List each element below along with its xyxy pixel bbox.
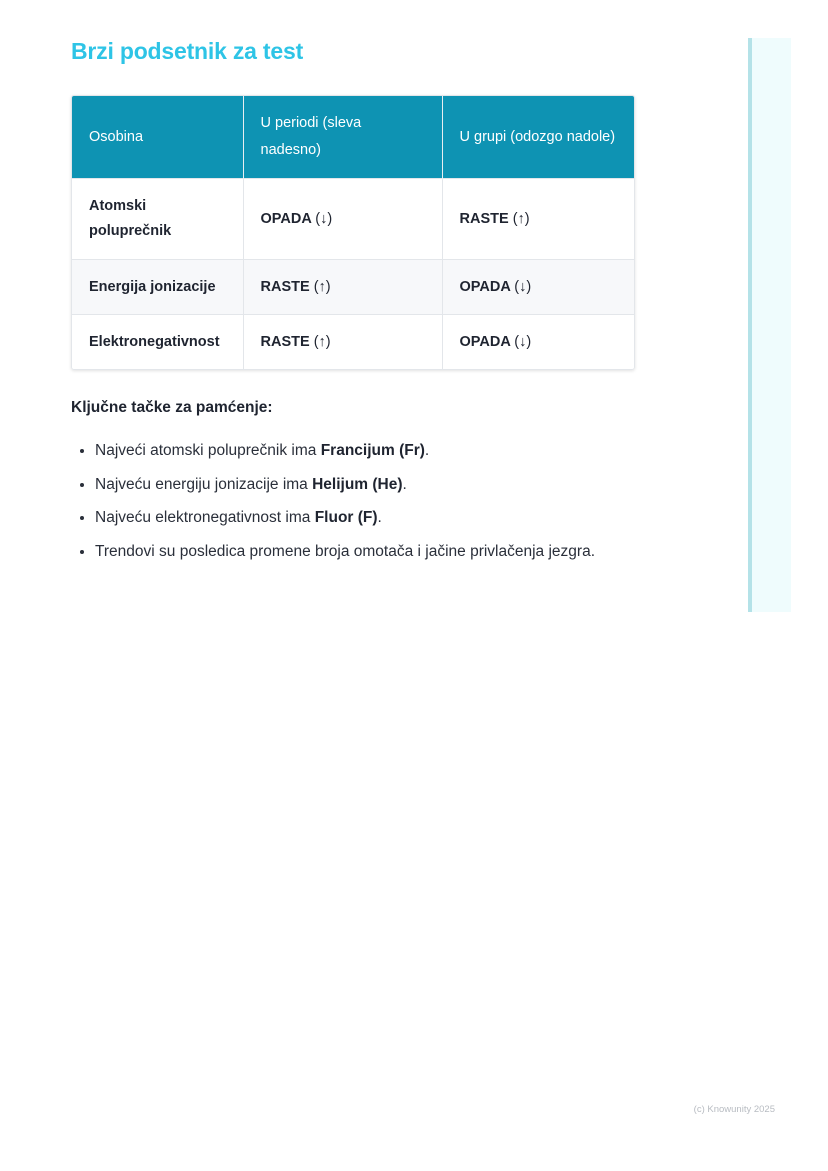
key-points-title: Ključne tačke za pamćenje: <box>71 399 273 417</box>
list-item: Trendovi su posledica promene broja omot… <box>95 541 695 575</box>
header-group: U grupi (odozgo nadole) <box>442 96 634 179</box>
cell-group: OPADA (↓) <box>442 260 634 315</box>
list-item: Najveći atomski poluprečnik ima Franciju… <box>95 440 695 474</box>
arrow-down-icon: (↓) <box>514 279 531 295</box>
key-points-list: Najveći atomski poluprečnik ima Franciju… <box>71 440 695 574</box>
trend-label: RASTE <box>460 211 509 227</box>
table-header-row: Osobina U periodi (sleva nadesno) U grup… <box>72 96 634 179</box>
list-item: Najveću energiju jonizacije ima Helijum … <box>95 474 695 508</box>
arrow-up-icon: (↑) <box>513 211 530 227</box>
arrow-up-icon: (↑) <box>314 279 331 295</box>
cell-period: OPADA (↓) <box>243 179 442 260</box>
trend-label: OPADA <box>460 279 511 295</box>
table-row: Atomski poluprečnik OPADA (↓) RASTE (↑) <box>72 179 634 260</box>
item-text: Najveću energiju jonizacije ima <box>95 476 312 493</box>
item-end: . <box>425 442 429 459</box>
cell-property: Elektronegativnost <box>72 315 243 370</box>
trends-table: Osobina U periodi (sleva nadesno) U grup… <box>71 95 635 370</box>
arrow-down-icon: (↓) <box>514 334 531 350</box>
item-text: Najveću elektronegativnost ima <box>95 509 315 526</box>
item-bold: Helijum (He) <box>312 476 402 493</box>
trend-label: RASTE <box>261 279 310 295</box>
item-end: . <box>403 476 407 493</box>
cell-group: RASTE (↑) <box>442 179 634 260</box>
cell-period: RASTE (↑) <box>243 260 442 315</box>
header-period: U periodi (sleva nadesno) <box>243 96 442 179</box>
table-row: Elektronegativnost RASTE (↑) OPADA (↓) <box>72 315 634 370</box>
page-title: Brzi podsetnik za test <box>71 38 303 65</box>
trend-label: OPADA <box>460 334 511 350</box>
side-note-panel <box>748 38 791 612</box>
item-end: . <box>378 509 382 526</box>
cell-property: Atomski poluprečnik <box>72 179 243 260</box>
cell-group: OPADA (↓) <box>442 315 634 370</box>
item-text: Trendovi su posledica promene broja omot… <box>95 543 595 560</box>
table-row: Energija jonizacije RASTE (↑) OPADA (↓) <box>72 260 634 315</box>
header-property: Osobina <box>72 96 243 179</box>
cell-property: Energija jonizacije <box>72 260 243 315</box>
cell-period: RASTE (↑) <box>243 315 442 370</box>
arrow-up-icon: (↑) <box>314 334 331 350</box>
item-text: Najveći atomski poluprečnik ima <box>95 442 321 459</box>
trend-label: OPADA <box>261 211 312 227</box>
item-bold: Francijum (Fr) <box>321 442 425 459</box>
arrow-down-icon: (↓) <box>315 211 332 227</box>
list-item: Najveću elektronegativnost ima Fluor (F)… <box>95 507 695 541</box>
copyright-footer: (c) Knowunity 2025 <box>694 1104 775 1115</box>
trend-label: RASTE <box>261 334 310 350</box>
item-bold: Fluor (F) <box>315 509 378 526</box>
